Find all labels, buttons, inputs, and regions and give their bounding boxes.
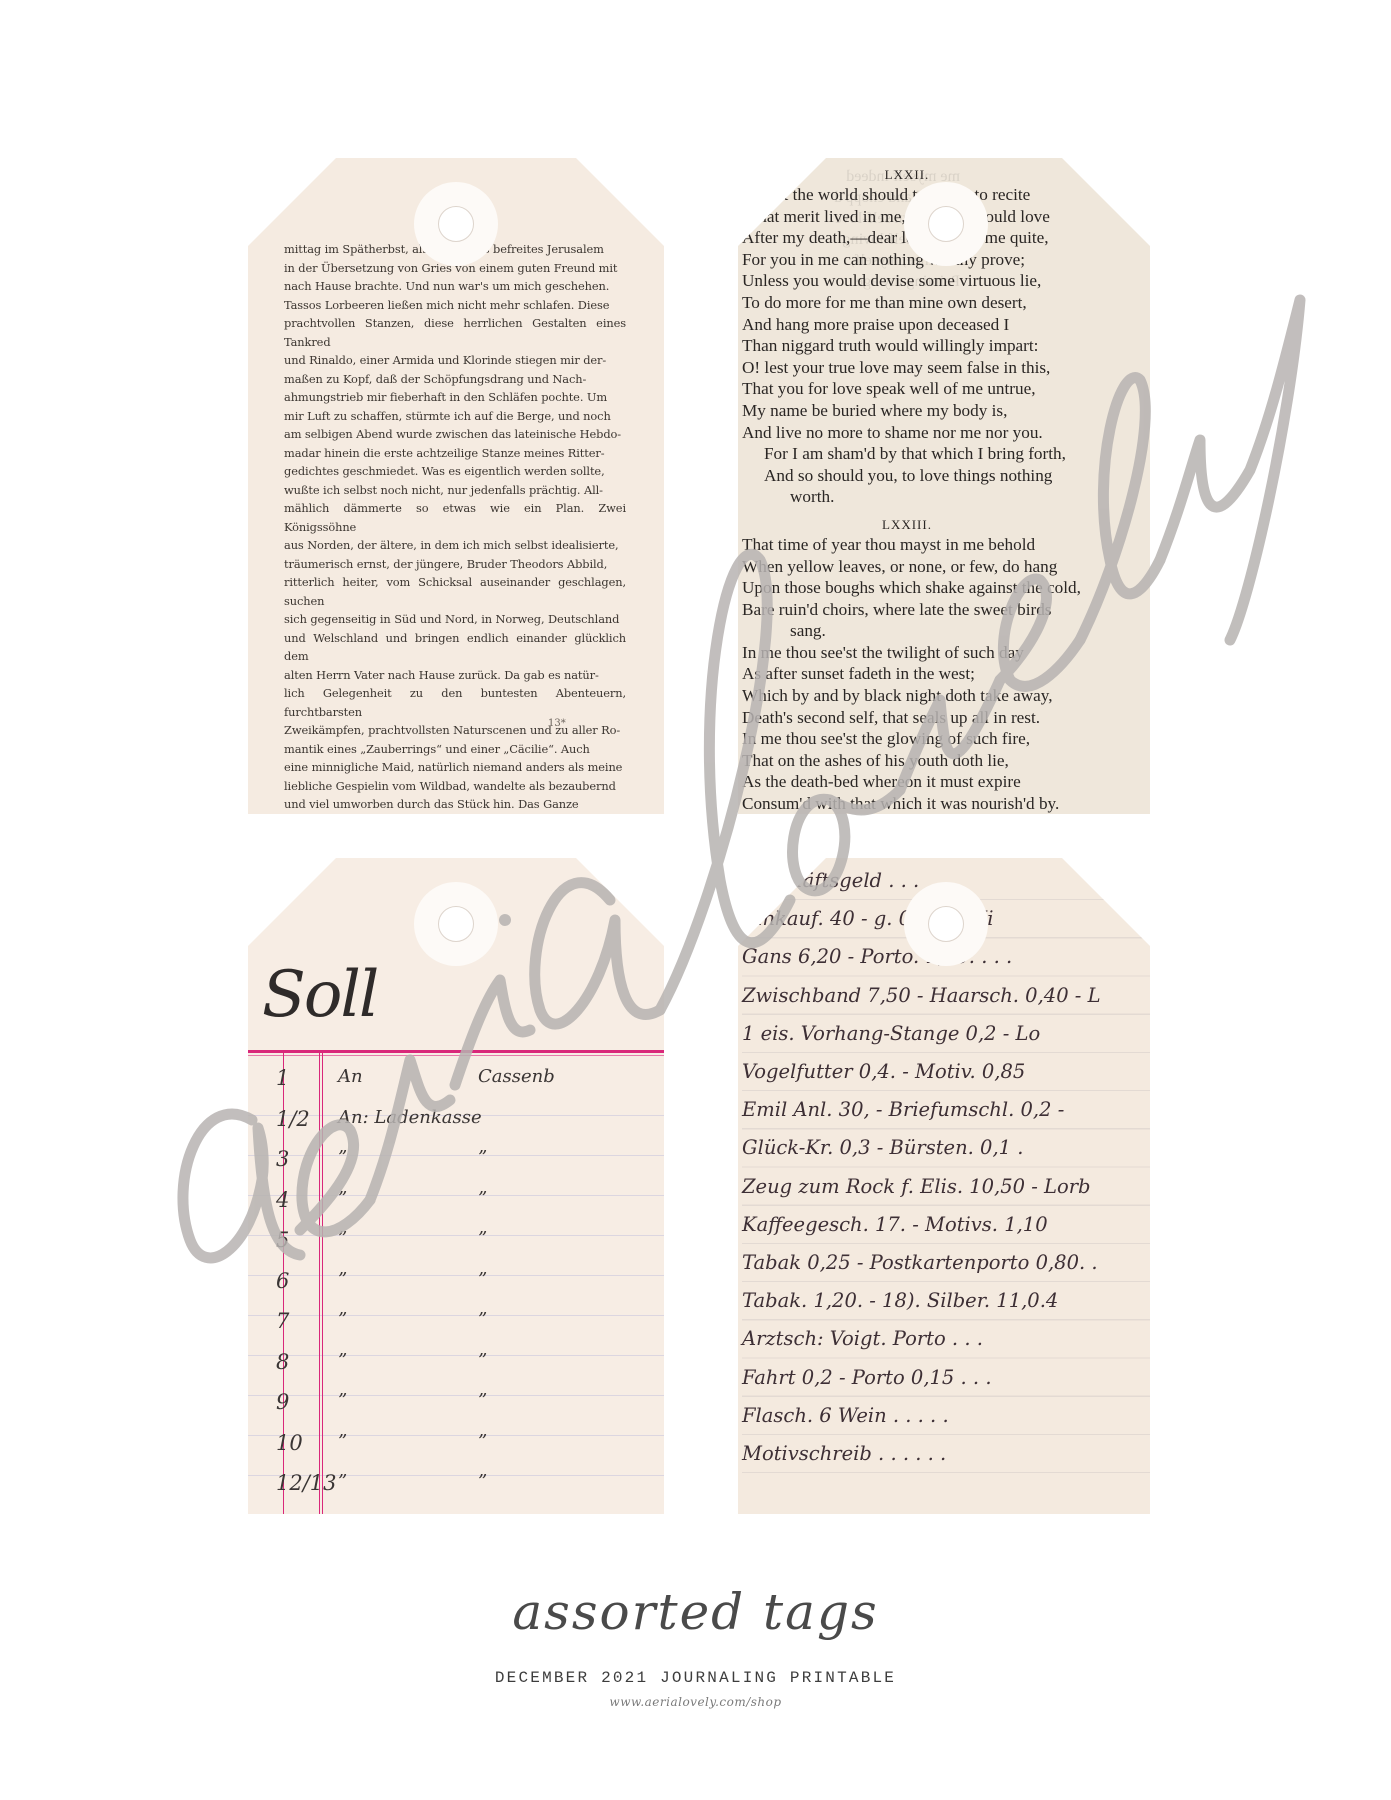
text-line: und Rinaldo, einer Armida und Klorinde s…: [284, 351, 626, 370]
text-line: ahmungstrieb mir fieberhaft in den Schlä…: [284, 388, 626, 407]
text-line: When yellow leaves, or none, or few, do …: [742, 556, 1150, 578]
ledger-cell: ”: [478, 1471, 487, 1492]
text-line: Vogelfutter 0,4. - Motiv. 0,85: [742, 1053, 1150, 1091]
ledger-row-number: 9: [276, 1390, 312, 1414]
text-line: Which by and by black night doth take aw…: [742, 685, 1150, 707]
text-line: maßen zu Kopf, daß der Schöpfungsdrang u…: [284, 370, 626, 389]
text-line: lich Gelegenheit zu den buntesten Abente…: [284, 684, 626, 721]
ledger-cell: ”: [338, 1188, 347, 1209]
tag-german-book-page: mittag im Spätherbst, als ich Tassos bef…: [248, 158, 664, 814]
text-line: aus Norden, der ältere, in dem ich mich …: [284, 536, 626, 555]
ledger-cell: ”: [338, 1309, 347, 1330]
text-line: Than niggard truth would willingly impar…: [742, 335, 1150, 357]
text-line: gedichtes geschmiedet. Was es eigentlich…: [284, 462, 626, 481]
text-line: und Welschland und bringen endlich einan…: [284, 629, 626, 666]
text-line: In me thou see'st the twilight of such d…: [742, 642, 1150, 664]
ledger-header-rule-thin: [248, 1055, 664, 1056]
ledger-cell: ”: [478, 1188, 487, 1209]
text-line: Unless you would devise some virtuous li…: [742, 270, 1150, 292]
watermark-signature: [0, 0, 1391, 1800]
ledger-cell: ”: [338, 1147, 347, 1168]
ledger-row: 12/13””: [248, 1471, 664, 1511]
ledger-cell: ”: [338, 1269, 347, 1290]
ledger-row-number: 7: [276, 1309, 312, 1333]
text-line: wußte ich selbst noch nicht, nur jedenfa…: [284, 481, 626, 500]
text-line: Zwischband 7,50 - Haarsch. 0,40 - L: [742, 977, 1150, 1015]
text-line: nach Hause brachte. Und nun war's um mic…: [284, 277, 626, 296]
ledger-row-number: 12/13: [276, 1471, 312, 1495]
ledger-row: 1AnCassenb: [248, 1066, 664, 1106]
text-line: Upon those boughs which shake against th…: [742, 577, 1150, 599]
text-line: mantik eines „Zauberrings“ und einer „Cä…: [284, 740, 626, 759]
text-line: Zweikämpfen, prachtvollsten Naturscenen …: [284, 721, 626, 740]
ledger-row-number: 6: [276, 1269, 312, 1293]
ledger-cell: An: Ladenkasse: [338, 1107, 482, 1128]
text-line: sich gegenseitig in Süd und Nord, in Nor…: [284, 610, 626, 629]
text-line: Emil Anl. 30, - Briefumschl. 0,2 -: [742, 1091, 1150, 1129]
ledger-cell: ”: [478, 1147, 487, 1168]
text-line: Motivschreib . . . . . .: [742, 1435, 1150, 1473]
ledger-row-number: 5: [276, 1228, 312, 1252]
sonnet-72-number: LXXII.: [742, 166, 1072, 184]
page-number: 13*: [548, 718, 566, 729]
sonnet-73-number: LXXIII.: [742, 516, 1072, 534]
text-line: eine minnigliche Maid, natürlich niemand…: [284, 758, 626, 777]
ledger-row: 8””: [248, 1350, 664, 1390]
ledger-cell: ”: [338, 1228, 347, 1249]
ledger-cell: ”: [478, 1350, 487, 1371]
ledger-row: 5””: [248, 1228, 664, 1268]
text-line: To do more for me than mine own desert,: [742, 292, 1150, 314]
text-line: For I am sham'd by that which I bring fo…: [742, 443, 1150, 465]
ledger-row: 3””: [248, 1147, 664, 1187]
text-line: Arztsch: Voigt. Porto . . .: [742, 1320, 1150, 1358]
text-line: prachtvollen Stanzen, diese herrlichen G…: [284, 314, 626, 351]
text-line: In me thou see'st the glowing of such fi…: [742, 728, 1150, 750]
text-line: madar hinein die erste achtzeilige Stanz…: [284, 444, 626, 463]
text-line: 1 eis. Vorhang-Stange 0,2 - Lo: [742, 1015, 1150, 1053]
text-line: And live no more to shame nor me nor you…: [742, 422, 1150, 444]
text-line: Glück-Kr. 0,3 - Bürsten. 0,1 .: [742, 1129, 1150, 1167]
ledger-row: 7””: [248, 1309, 664, 1349]
ledger-cell: ”: [338, 1431, 347, 1452]
ledger-header-rule: [248, 1050, 664, 1053]
text-line: As after sunset fadeth in the west;: [742, 663, 1150, 685]
ledger-row-number: 8: [276, 1350, 312, 1374]
text-line: sang.: [742, 620, 1150, 642]
text-line: Tabak. 1,20. - 18). Silber. 11,0.4: [742, 1282, 1150, 1320]
text-line: O! lest your true love may seem false in…: [742, 357, 1150, 379]
ledger-cell: ”: [478, 1269, 487, 1290]
text-line: Kaffeegesch. 17. - Motivs. 1,10: [742, 1206, 1150, 1244]
text-line: Tabak 0,25 - Postkartenporto 0,80. .: [742, 1244, 1150, 1282]
text-line: Consum'd with that which it was nourish'…: [742, 793, 1150, 814]
ledger-cell: An: [338, 1066, 363, 1087]
tag-ledger-page: Soll 1AnCassenb1/2An: Ladenkasse3””4””5”…: [248, 858, 664, 1514]
sonnet-73-lines: That time of year thou mayst in me behol…: [742, 534, 1150, 814]
ledger-cell: ”: [338, 1471, 347, 1492]
text-line: am selbigen Abend wurde zwischen das lat…: [284, 425, 626, 444]
text-line: Flasch. 6 Wein . . . . .: [742, 1397, 1150, 1435]
text-line: liebliche Gespielin vom Wildbad, wandelt…: [284, 777, 626, 796]
ledger-cell: ”: [478, 1228, 487, 1249]
text-line: Fahrt 0,2 - Porto 0,15 . . .: [742, 1359, 1150, 1397]
footer-title: assorted tags: [0, 1583, 1391, 1641]
text-line: My name be buried where my body is,: [742, 400, 1150, 422]
text-line: That you for love speak well of me untru…: [742, 378, 1150, 400]
ledger-row-number: 1/2: [276, 1107, 312, 1131]
tag-hole-icon: [414, 882, 498, 966]
text-line: und viel umworben durch das Stück hin. D…: [284, 795, 626, 814]
footer-shop-link[interactable]: www.aerialovely.com/shop: [0, 1695, 1391, 1709]
text-line: That on the ashes of his youth doth lie,: [742, 750, 1150, 772]
ledger-cell: ”: [338, 1350, 347, 1371]
ledger-row-number: 1: [276, 1066, 312, 1090]
ledger-cell: Cassenb: [478, 1066, 555, 1087]
german-text-block: mittag im Spätherbst, als ich Tassos bef…: [284, 240, 626, 814]
text-line: That time of year thou mayst in me behol…: [742, 534, 1150, 556]
text-line: And hang more praise upon deceased I: [742, 314, 1150, 336]
tag-handwritten-page: Geschäftsgeld . . .Einkauf. 40 - g. 0,70…: [738, 858, 1150, 1514]
ledger-row: 4””: [248, 1188, 664, 1228]
text-line: Death's second self, that seals up all i…: [742, 707, 1150, 729]
tag-hole-icon: [904, 182, 988, 266]
text-line: worth.: [742, 486, 1150, 508]
text-line: As the death-bed whereon it must expire: [742, 771, 1150, 793]
ledger-cell: ”: [478, 1390, 487, 1411]
text-line: Tassos Lorbeeren ließen mich nicht mehr …: [284, 296, 626, 315]
ledger-row: 1/2An: Ladenkasse: [248, 1107, 664, 1147]
tag-hole-icon: [904, 882, 988, 966]
text-line: wurde begreiflicherweise nie fertig, zum…: [284, 814, 626, 815]
ledger-row-number: 10: [276, 1431, 312, 1455]
text-line: mir Luft zu schaffen, stürmte ich auf di…: [284, 407, 626, 426]
ledger-row: 9””: [248, 1390, 664, 1430]
text-line: Bare ruin'd choirs, where late the sweet…: [742, 599, 1150, 621]
ledger-row: 6””: [248, 1269, 664, 1309]
footer-subtitle: DECEMBER 2021 JOURNALING PRINTABLE: [0, 1669, 1391, 1687]
ledger-row: 10””: [248, 1431, 664, 1471]
tag-sonnets-page: me myself indeedBeated and chopp'dMine o…: [738, 158, 1150, 814]
ledger-cell: ”: [478, 1309, 487, 1330]
text-line: And so should you, to love things nothin…: [742, 465, 1150, 487]
text-line: träumerisch ernst, der jüngere, Bruder T…: [284, 555, 626, 574]
text-line: Zeug zum Rock f. Elis. 10,50 - Lorb: [742, 1168, 1150, 1206]
ledger-cell: ”: [478, 1431, 487, 1452]
text-line: mählich dämmerte so etwas wie ein Plan. …: [284, 499, 626, 536]
ledger-cell: ”: [338, 1390, 347, 1411]
ledger-row-number: 4: [276, 1188, 312, 1212]
text-line: alten Herrn Vater nach Hause zurück. Da …: [284, 666, 626, 685]
ledger-row-number: 3: [276, 1147, 312, 1171]
text-line: ritterlich heiter, vom Schicksal auseina…: [284, 573, 626, 610]
tag-hole-icon: [414, 182, 498, 266]
ledger-heading: Soll: [262, 958, 377, 1032]
